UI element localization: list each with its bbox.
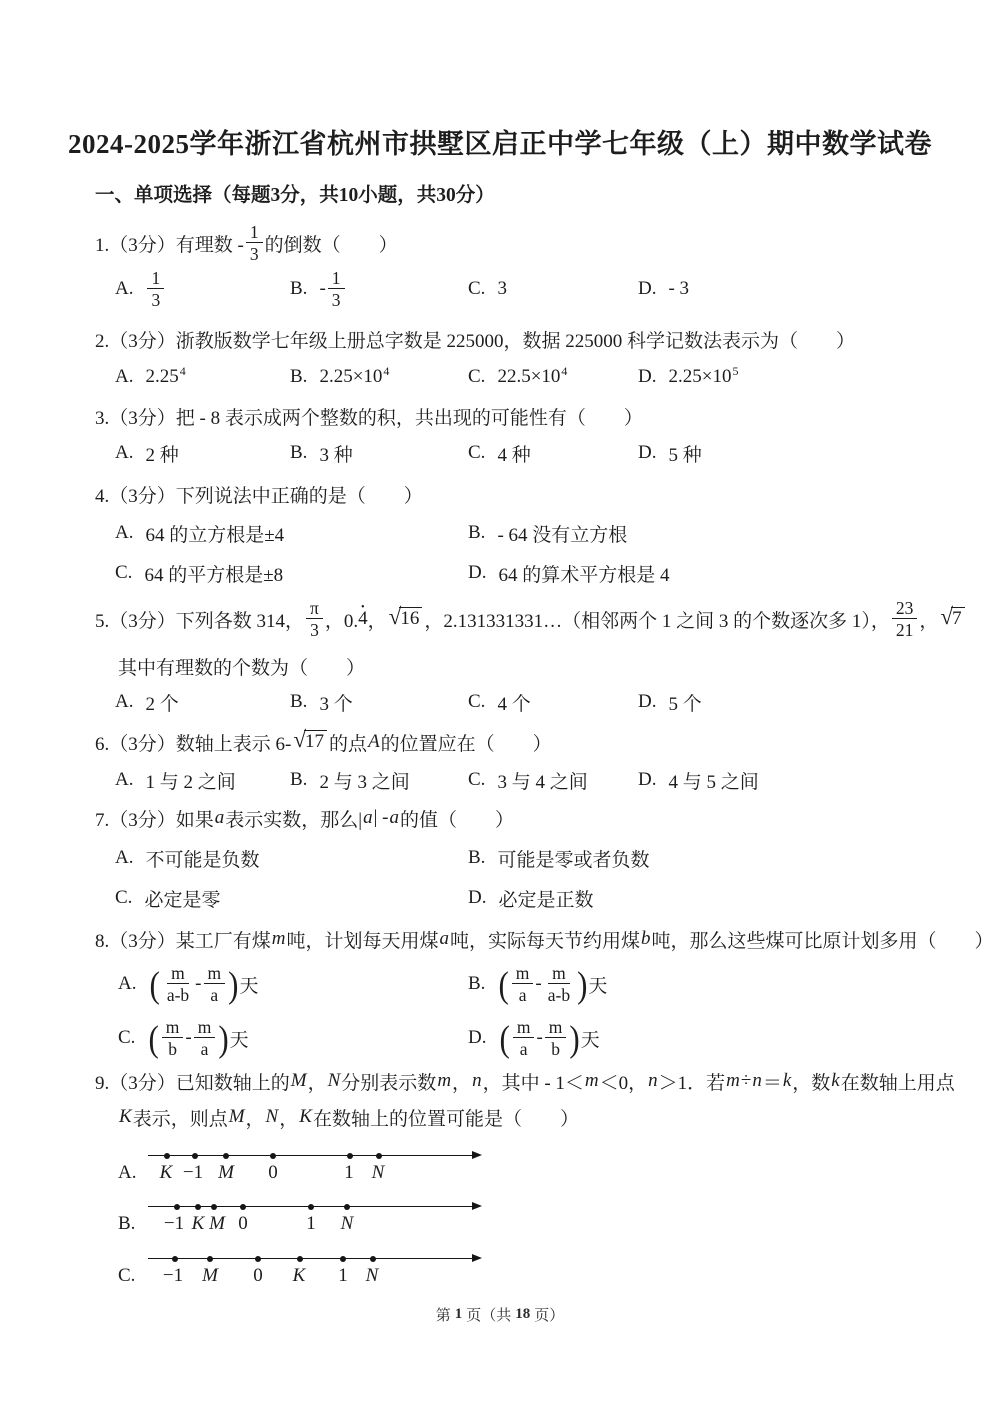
math-variable: m [725,1070,741,1092]
text-run: ，0. [325,606,358,633]
text-run: 64 的立方根是±4 [145,520,284,547]
option-D: D.4 与 5 之间 [638,767,759,794]
option-D: D.必定是正数 [468,885,594,912]
text-run: ，其中 - 1＜ [483,1068,584,1095]
question-8-options-row1: A.(ma-b-ma)天B.(ma-ma-b)天 [0,958,1000,1010]
numberline-option-label: A. [118,1162,136,1184]
question-5-options: A.2 个B.3 个C.4 个D.5 个 [0,688,1000,716]
numberline-point [344,1204,350,1210]
option-C: C.4 个 [468,689,531,716]
text-run: ，数 [792,1068,830,1095]
question-1-options: A.13B.- 13C.3D.- 3 [0,266,1000,312]
numberline-point [376,1153,382,1159]
text-run: 2 与 3 之间 [319,767,409,794]
footer-total-pages: 18 [515,1306,530,1323]
math-variable: a [362,807,374,829]
option-B: B.2.25×104 [290,366,389,388]
question-3-options: A.2 种B.3 种C.4 种D.5 种 [0,439,1000,467]
option-label: B. [468,847,485,869]
text-run: 3 个 [319,689,352,716]
option-C: C.3 [468,278,507,300]
paren: ( [149,966,159,1003]
page-footer: 第1页（共18页） [0,1303,1000,1325]
question-5-stem-line2: 其中有理数的个数为（ ） [0,652,1000,680]
question-9-numberline-A: A.K−1M01N [0,1142,1000,1194]
text-run: 表示实数，那么| [225,805,362,832]
numerator: m [545,1018,567,1038]
option-label: B. [290,366,307,388]
math-variable: A [367,731,381,753]
fraction: 2321 [892,599,918,640]
numberline-option-label: C. [118,1265,135,1287]
question-4-options-row2: C.64 的平方根是±8D.64 的算术平方根是 4 [0,559,1000,587]
numberline-point [370,1256,376,1262]
text-run: 2.25×10 [319,366,382,388]
option-label: A. [115,442,133,464]
text-run: ＞1．若 [659,1068,726,1095]
option-B: B.2 与 3 之间 [290,767,410,794]
sqrt-expression: √16 [389,607,423,630]
math-variable: k [782,1070,792,1092]
option-C: C.4 种 [468,440,531,467]
option-label: B. [290,442,307,464]
text-run: 必定是正数 [498,885,593,912]
numberline-point [347,1153,353,1159]
math-variable: n [647,1070,659,1092]
text-run: 3 与 4 之间 [497,767,587,794]
repeating-decimal-digit: 4 [358,608,368,630]
numerator: 1 [246,223,263,243]
option-A: A.13 [115,269,166,310]
denominator: a [515,984,531,1004]
option-A: A.2 个 [115,689,179,716]
numerator: π [306,599,323,619]
numberline-point [172,1256,178,1262]
option-label: B. [468,973,485,995]
text-run: 7.（3分）如果 [95,805,214,832]
option-A: A.2 种 [115,440,179,467]
option-label: C. [468,278,485,300]
numberline-arrowhead [472,1202,482,1210]
numberline-point [174,1204,180,1210]
text-run: 不可能是负数 [145,845,259,872]
math-variable: M [228,1106,246,1128]
numberline-label: K [282,1265,316,1287]
denominator: a-b [544,984,574,1004]
denominator: a [197,1038,213,1058]
radical-sign: √ [389,606,402,629]
text-run: 4 与 5 之间 [668,767,758,794]
question-9-stem-line2: K 表示，则点 M，N，K 在数轴上的位置可能是（ ） [0,1103,1000,1131]
sqrt-expression: √7 [940,607,964,630]
text-run: 其中有理数的个数为（ ） [118,653,365,680]
denominator: 3 [246,243,263,263]
text-run: 天 [581,1025,600,1052]
fraction: ma [204,964,226,1005]
numerator: m [548,964,570,984]
numberline-label: N [361,1162,395,1184]
text-run: 吨，计划每天用煤 [287,926,439,953]
text-run: - [319,278,325,300]
option-B: B.- 13 [290,269,347,310]
text-run: ， [279,1104,298,1131]
math-variable: m [271,928,287,950]
fraction: 13 [246,223,263,264]
numberline-label: 0 [256,1162,290,1184]
math-variable: m [584,1070,600,1092]
option-D: D.- 3 [638,278,689,300]
radical-sign: √ [293,729,306,752]
math-variable: n [751,1070,763,1092]
question-7-options-row2: C.必定是零D.必定是正数 [0,884,1000,912]
footer-suffix: 页） [534,1304,564,1325]
question-9-numberline-C: C.−1M0K1N [0,1245,1000,1297]
option-A: A.(ma-b-ma)天 [118,964,258,1005]
option-C: C.64 的平方根是±8 [115,560,283,587]
option-label: C. [468,442,485,464]
question-3-stem: 3.（3分）把 - 8 表示成两个整数的积，共出现的可能性有（ ） [0,402,1000,430]
paren: ( [498,966,508,1003]
numerator: m [167,964,189,984]
exam-paper-page: 2024-2025学年浙江省杭州市拱墅区启正中学七年级（上）期中数学试卷 一、单… [0,0,1000,1414]
text-run: ， [368,606,387,633]
text-run: ， [919,606,938,633]
numberline-point [340,1256,346,1262]
math-variable: N [327,1070,342,1092]
text-run: | - [374,807,389,829]
math-variable: a [214,807,226,829]
text-run: 天 [230,1025,249,1052]
option-A: A.不可能是负数 [115,845,260,872]
option-label: D. [638,366,656,388]
text-run: 3 [497,278,507,300]
fraction: 13 [147,269,164,310]
text-run: 2.（3分）浙教版数学七年级上册总字数是 225000，数据 225000 科学… [95,326,855,353]
math-variable: K [118,1106,133,1128]
option-label: D. [638,278,656,300]
question-9-stem: 9.（3分）已知数轴上的 M，N 分别表示数 m，n，其中 - 1＜m＜0，n＞… [0,1067,1000,1095]
denominator: 3 [328,289,345,309]
option-label: D. [468,887,486,909]
text-run: 4 种 [497,440,530,467]
text-run: 在数轴上的位置可能是（ ） [313,1104,579,1131]
option-C: C.22.5×104 [468,366,567,388]
option-label: D. [468,1027,486,1049]
option-D: D.2.25×105 [638,366,738,388]
text-run: 在数轴上用点 [841,1068,955,1095]
denominator: 3 [147,289,164,309]
text-run: 天 [239,971,258,998]
option-A: A.64 的立方根是±4 [115,520,284,547]
text-run: - [185,1027,191,1049]
numberline-label: 0 [226,1213,260,1235]
fraction: ma-b [163,964,193,1005]
option-label: C. [468,769,485,791]
question-5-stem: 5.（3分）下列各数 314，π3，0.4，√16，2.131331331…（相… [0,591,1000,647]
paren: ) [569,1020,579,1057]
text-run: ，2.131331331…（相邻两个 1 之间 3 的个数逐次多 1）， [424,606,890,633]
text-run: ＝ [763,1068,782,1095]
text-run: ， [308,1068,327,1095]
numberline-point [255,1256,261,1262]
numerator: 1 [147,269,164,289]
text-run: 的点 [329,729,367,756]
text-run: ÷ [741,1070,751,1092]
option-label: C. [468,691,485,713]
text-run: 5 种 [668,440,701,467]
numerator: 1 [328,269,345,289]
text-run: 2 种 [145,440,178,467]
math-variable: b [640,928,652,950]
fraction: mb [162,1018,184,1059]
option-label: A. [115,366,133,388]
text-run: 吨，那么这些煤可比原计划多用（ ） [652,926,994,953]
numberline-point [192,1153,198,1159]
fraction: ma [194,1018,216,1059]
text-run: 2.25×10 [668,366,731,388]
numberline-label: N [355,1265,389,1287]
question-2-stem: 2.（3分）浙教版数学七年级上册总字数是 225000，数据 225000 科学… [0,325,1000,353]
math-variable: a [388,807,400,829]
numberline-point [195,1204,201,1210]
option-label: B. [468,522,485,544]
question-6-options: A.1 与 2 之间B.2 与 3 之间C.3 与 4 之间D.4 与 5 之间 [0,766,1000,794]
question-4-options-row1: A.64 的立方根是±4B.- 64 没有立方根 [0,519,1000,547]
denominator: 21 [892,619,918,639]
option-B: B.3 个 [290,689,353,716]
text-run: 5 个 [668,689,701,716]
question-8-stem: 8.（3分）某工厂有煤 m 吨，计划每天用煤 a 吨，实际每天节约用煤 b 吨，… [0,925,1000,953]
section-header: 一、单项选择（每题3分，共10小题，共30分） [0,179,1000,207]
math-variable: a [439,928,451,950]
text-run: 8.（3分）某工厂有煤 [95,926,271,953]
numberline-point [164,1153,170,1159]
numberline-arrowhead [472,1254,482,1262]
fraction: mb [545,1018,567,1059]
footer-page-number: 1 [455,1306,463,1323]
text-run: 64 的算术平方根是 4 [498,560,669,587]
fraction: ma [512,964,534,1005]
numberline-label: M [209,1162,243,1184]
text-run: 22.5×10 [497,366,560,388]
math-variable: k [830,1070,840,1092]
numberline-point [240,1204,246,1210]
radicand: 16 [399,607,422,630]
text-run: 吨，实际每天节约用煤 [450,926,640,953]
text-run: - [535,973,541,995]
text-run: ， [246,1104,265,1131]
numberline-point [223,1153,229,1159]
numberline-point [308,1204,314,1210]
option-C: C.(mb-ma)天 [118,1018,249,1059]
math-variable: n [471,1070,483,1092]
text-run: ， [452,1068,471,1095]
question-6-stem: 6.（3分）数轴上表示 6-√17的点 A 的位置应在（ ） [0,726,1000,758]
text-run: 4.（3分）下列说法中正确的是（ ） [95,481,423,508]
option-label: A. [118,973,136,995]
fraction: ma-b [544,964,574,1005]
option-label: D. [468,562,486,584]
numberline-option-label: B. [118,1213,135,1235]
paren: ( [499,1020,509,1057]
footer-middle: 页（共 [466,1304,511,1325]
numerator: m [204,964,226,984]
radicand: 17 [304,730,327,753]
option-label: B. [290,769,307,791]
question-2-options: A.2.254B.2.25×104C.22.5×104D.2.25×105 [0,360,1000,394]
denominator: b [164,1038,181,1058]
numberline-label: 1 [294,1213,328,1235]
text-run: 1 与 2 之间 [145,767,235,794]
text-run: - 3 [668,278,689,300]
numberline-point [211,1204,217,1210]
text-run: 表示，则点 [133,1104,228,1131]
text-run: 64 的平方根是±8 [144,560,283,587]
math-variable: N [265,1106,280,1128]
question-7-options-row1: A.不可能是负数B.可能是零或者负数 [0,844,1000,872]
numerator: m [194,1018,216,1038]
sqrt-expression: √17 [293,730,327,753]
text-run: 9.（3分）已知数轴上的 [95,1068,290,1095]
option-C: C.3 与 4 之间 [468,767,588,794]
question-7-stem: 7.（3分）如果 a 表示实数，那么|a| - a 的值（ ） [0,804,1000,832]
option-label: A. [115,278,133,300]
option-B: B.- 64 没有立方根 [468,520,627,547]
text-run: 3 种 [319,440,352,467]
option-label: A. [115,691,133,713]
numberline-label: −1 [176,1162,210,1184]
option-label: B. [290,691,307,713]
text-run: 2.25 [145,366,178,388]
numerator: m [512,964,534,984]
math-variable: M [290,1070,308,1092]
option-label: C. [115,562,132,584]
text-run: 2 个 [145,689,178,716]
text-run: 的位置应在（ ） [381,729,552,756]
denominator: a-b [163,984,193,1004]
numerator: m [162,1018,184,1038]
option-D: D.64 的算术平方根是 4 [468,560,670,587]
numberline-point [297,1256,303,1262]
text-run: 天 [588,971,607,998]
denominator: a [516,1038,532,1058]
text-run: 可能是零或者负数 [497,845,649,872]
text-run: 的值（ ） [400,805,514,832]
option-label: C. [468,366,485,388]
numerator: 23 [892,599,918,619]
option-A: A.2.254 [115,366,186,388]
option-label: D. [638,691,656,713]
text-run: - [195,973,201,995]
numerator: m [513,1018,535,1038]
text-run: 1.（3分）有理数 - [95,230,244,257]
fraction: π3 [306,599,323,640]
text-run: 4 个 [497,689,530,716]
text-run: 6.（3分）数轴上表示 6- [95,729,291,756]
text-run: 3.（3分）把 - 8 表示成两个整数的积，共出现的可能性有（ ） [95,403,643,430]
numberline-label: −1 [156,1265,190,1287]
option-C: C.必定是零 [115,885,220,912]
text-run: 的倒数（ ） [265,230,398,257]
text-run: 5.（3分）下列各数 314， [95,606,304,633]
option-label: B. [290,278,307,300]
fraction: ma [513,1018,535,1059]
radical-sign: √ [940,606,953,629]
numberline-arrowhead [472,1151,482,1159]
paren: ) [218,1020,228,1057]
option-D: D.(ma-mb)天 [468,1018,600,1059]
text-run: ＜0， [600,1068,648,1095]
option-label: D. [638,442,656,464]
option-D: D.5 个 [638,689,702,716]
numberline-point [207,1256,213,1262]
option-B: B.可能是零或者负数 [468,845,649,872]
numberline-point [270,1153,276,1159]
numberline-axis [148,1258,472,1259]
denominator: b [547,1038,564,1058]
page-title: 2024-2025学年浙江省杭州市拱墅区启正中学七年级（上）期中数学试卷 [0,122,1000,160]
fraction: 13 [328,269,345,310]
math-variable: K [298,1106,313,1128]
text-run: - 64 没有立方根 [497,520,627,547]
text-run: - [536,1027,542,1049]
option-B: B.3 种 [290,440,353,467]
option-label: C. [118,1027,135,1049]
numberline-label: M [193,1265,227,1287]
paren: ) [228,966,238,1003]
question-8-options-row2: C.(mb-ma)天D.(ma-mb)天 [0,1012,1000,1064]
question-1-stem: 1.（3分）有理数 - 13的倒数（ ） [0,218,1000,268]
math-variable: m [436,1070,452,1092]
numberline-label: 0 [241,1265,275,1287]
text-run: 分别表示数 [341,1068,436,1095]
option-label: A. [115,847,133,869]
option-label: A. [115,769,133,791]
paren: ) [577,966,587,1003]
option-label: D. [638,769,656,791]
option-B: B.(ma-ma-b)天 [468,964,607,1005]
denominator: 3 [306,619,323,639]
numberline-label: N [330,1213,364,1235]
question-9-numberline-B: B.−1KM01N [0,1193,1000,1245]
denominator: a [206,984,222,1004]
option-A: A.1 与 2 之间 [115,767,236,794]
footer-prefix: 第 [436,1304,451,1325]
option-label: C. [115,887,132,909]
question-4-stem: 4.（3分）下列说法中正确的是（ ） [0,480,1000,508]
option-label: A. [115,522,133,544]
paren: ( [148,1020,158,1057]
option-D: D.5 种 [638,440,702,467]
text-run: 必定是零 [144,885,220,912]
